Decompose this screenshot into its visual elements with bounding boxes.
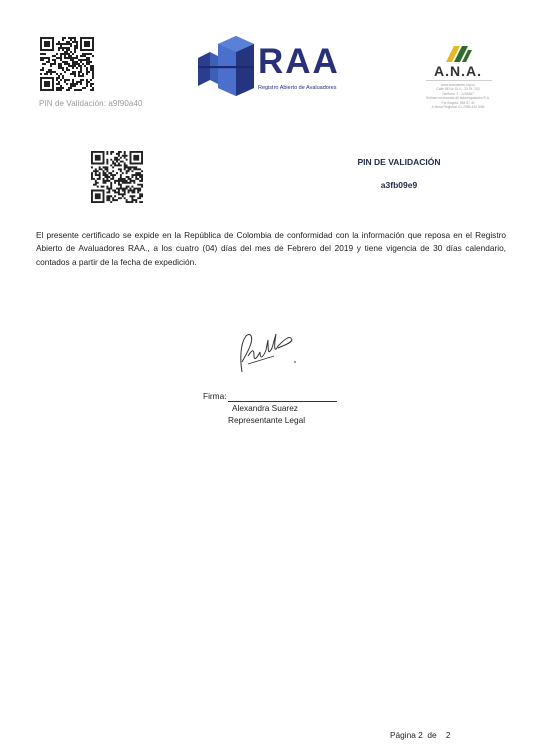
signature-line <box>228 401 337 402</box>
signature-label: Firma: <box>203 391 227 401</box>
pin-validation-code: a3fb09e9 <box>356 180 442 190</box>
raa-logo: RAA Registro Abierto de Avaluadores <box>196 36 356 98</box>
qr-code-validation <box>91 151 143 203</box>
ana-divider <box>426 80 492 81</box>
raa-cube-icon <box>196 36 258 98</box>
raa-logo-text: RAA <box>258 42 340 82</box>
signature-image <box>234 326 304 376</box>
pin-validation-title: PIN DE VALIDACIÓN <box>356 157 442 167</box>
ana-contact-lines: www.anavalores.org.co Calle 98 No 15-A -… <box>418 83 498 109</box>
ana-logo-text: A.N.A. <box>418 63 498 79</box>
ana-mark-icon <box>444 44 474 62</box>
signer-role: Representante Legal <box>228 415 305 425</box>
pin-validation-small: PIN de Validación: a9f90a40 <box>39 99 143 108</box>
signer-name: Alexandra Suarez <box>232 403 298 413</box>
raa-logo-subtitle: Registro Abierto de Avaluadores <box>258 85 336 91</box>
page-number: Página 2 de 2 <box>390 730 451 740</box>
certificate-paragraph: El presente certificado se expide en la … <box>36 229 506 269</box>
qr-code-header <box>40 37 94 91</box>
ana-logo: A.N.A. www.anavalores.org.co Calle 98 No… <box>418 40 508 115</box>
